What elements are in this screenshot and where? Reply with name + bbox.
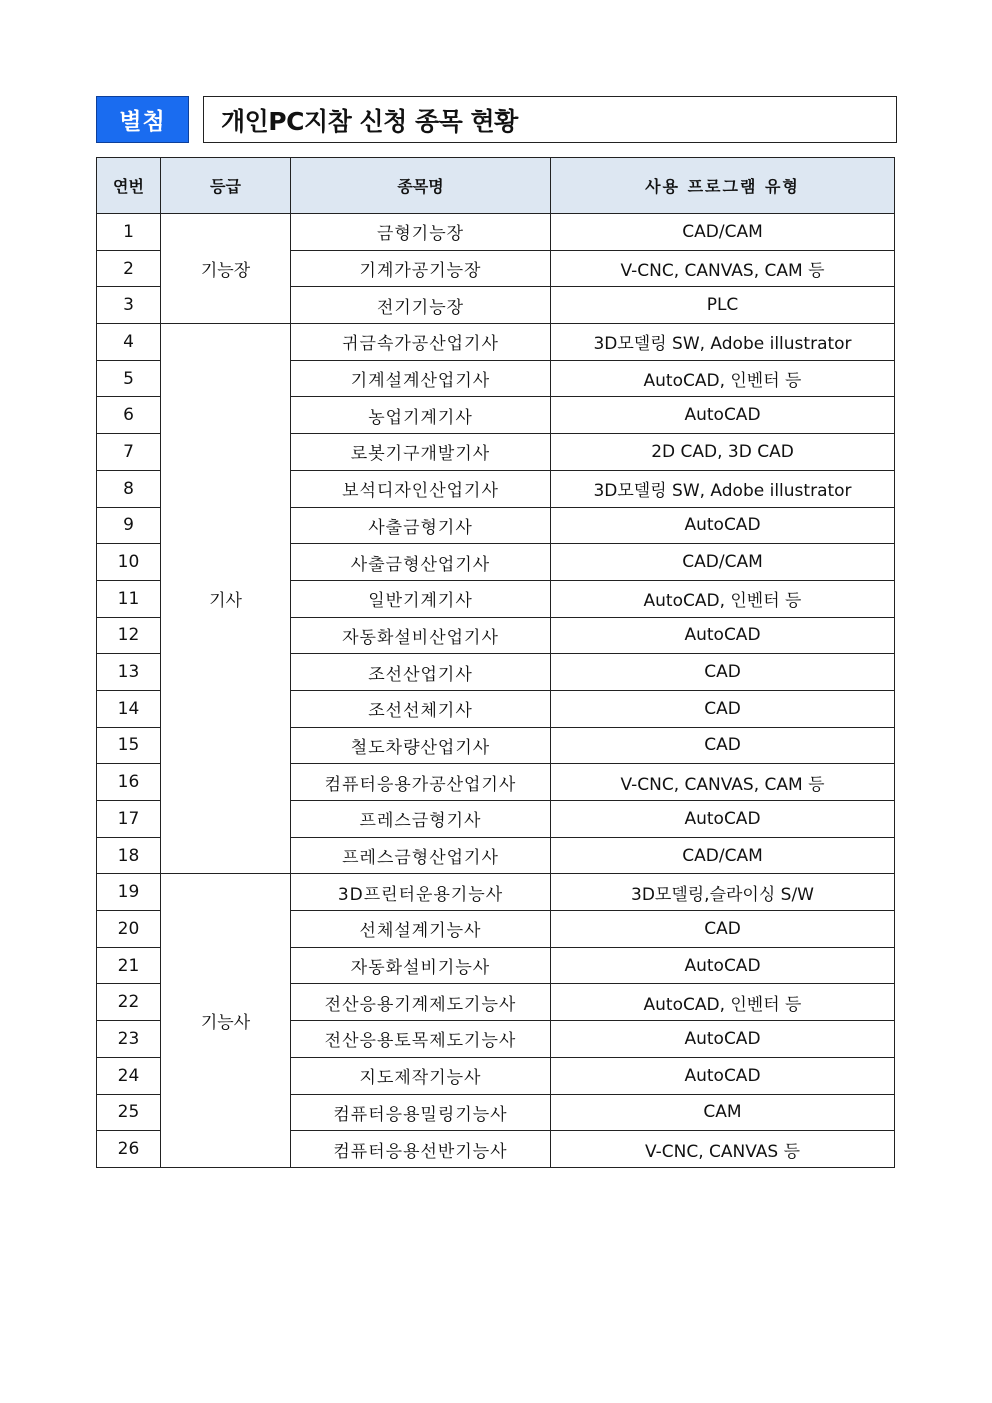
table-row: 4 기사 귀금속가공산업기사 3D모델링 SW, Adobe illustrat… [97, 324, 895, 361]
subject-name: 자동화설비기능사 [291, 947, 551, 984]
program-type: CAM [551, 1094, 895, 1131]
program-type: 2D CAD, 3D CAD [551, 434, 895, 471]
program-type: AutoCAD, 인벤터 등 [551, 360, 895, 397]
row-no: 17 [97, 801, 161, 838]
program-type: AutoCAD [551, 617, 895, 654]
row-no: 11 [97, 580, 161, 617]
row-no: 10 [97, 544, 161, 581]
header-program: 사용 프로그램 유형 [551, 158, 895, 214]
subject-name: 3D프린터운용기능사 [291, 874, 551, 911]
row-no: 18 [97, 837, 161, 874]
row-no: 8 [97, 470, 161, 507]
program-type: 3D모델링,슬라이싱 S/W [551, 874, 895, 911]
program-type: AutoCAD [551, 801, 895, 838]
table-row: 1 기능장 금형기능장 CAD/CAM [97, 214, 895, 251]
row-no: 5 [97, 360, 161, 397]
row-no: 13 [97, 654, 161, 691]
program-type: V-CNC, CANVAS 등 [551, 1131, 895, 1168]
row-no: 14 [97, 690, 161, 727]
program-type: AutoCAD, 인벤터 등 [551, 580, 895, 617]
attachment-badge: 별첨 [96, 96, 189, 143]
grade-cell: 기능장 [161, 214, 291, 324]
row-no: 16 [97, 764, 161, 801]
subject-name: 컴퓨터응용선반기능사 [291, 1131, 551, 1168]
table-body: 1 기능장 금형기능장 CAD/CAM 2 기계가공기능장 V-CNC, CAN… [97, 214, 895, 1168]
row-no: 2 [97, 250, 161, 287]
subject-name: 전기기능장 [291, 287, 551, 324]
row-no: 25 [97, 1094, 161, 1131]
subject-name: 전산응용기계제도기능사 [291, 984, 551, 1021]
header-program-label: 사용 프로그램 유형 [645, 177, 800, 196]
subject-name: 조선산업기사 [291, 654, 551, 691]
program-type: V-CNC, CANVAS, CAM 등 [551, 250, 895, 287]
subject-name: 프레스금형산업기사 [291, 837, 551, 874]
subject-name: 귀금속가공산업기사 [291, 324, 551, 361]
subject-name: 전산응용토목제도기능사 [291, 1021, 551, 1058]
grade-cell: 기사 [161, 324, 291, 874]
row-no: 12 [97, 617, 161, 654]
row-no: 4 [97, 324, 161, 361]
subject-name: 금형기능장 [291, 214, 551, 251]
subject-table: 연번 등급 종목명 사용 프로그램 유형 1 기능장 금형기능장 CAD/CAM… [96, 157, 895, 1168]
program-type: V-CNC, CANVAS, CAM 등 [551, 764, 895, 801]
header-grade: 등급 [161, 158, 291, 214]
subject-name: 프레스금형기사 [291, 801, 551, 838]
program-type: CAD [551, 690, 895, 727]
program-type: AutoCAD [551, 1021, 895, 1058]
subject-name: 로봇기구개발기사 [291, 434, 551, 471]
program-type: PLC [551, 287, 895, 324]
program-type: CAD/CAM [551, 837, 895, 874]
title-bar: 별첨 개인PC지참 신청 종목 현황 [96, 96, 897, 143]
program-type: 3D모델링 SW, Adobe illustrator [551, 470, 895, 507]
subject-name: 사출금형산업기사 [291, 544, 551, 581]
row-no: 21 [97, 947, 161, 984]
row-no: 6 [97, 397, 161, 434]
subject-name: 사출금형기사 [291, 507, 551, 544]
subject-name: 일반기계기사 [291, 580, 551, 617]
subject-name: 지도제작기능사 [291, 1057, 551, 1094]
subject-name: 기계설계산업기사 [291, 360, 551, 397]
program-type: CAD/CAM [551, 544, 895, 581]
row-no: 20 [97, 911, 161, 948]
subject-name: 보석디자인산업기사 [291, 470, 551, 507]
row-no: 9 [97, 507, 161, 544]
row-no: 7 [97, 434, 161, 471]
program-type: AutoCAD [551, 1057, 895, 1094]
row-no: 19 [97, 874, 161, 911]
row-no: 15 [97, 727, 161, 764]
subject-name: 자동화설비산업기사 [291, 617, 551, 654]
subject-name: 철도차량산업기사 [291, 727, 551, 764]
subject-name: 컴퓨터응용밀링기능사 [291, 1094, 551, 1131]
header-name: 종목명 [291, 158, 551, 214]
row-no: 3 [97, 287, 161, 324]
program-type: AutoCAD [551, 397, 895, 434]
program-type: CAD [551, 727, 895, 764]
grade-cell: 기능사 [161, 874, 291, 1168]
program-type: CAD/CAM [551, 214, 895, 251]
row-no: 23 [97, 1021, 161, 1058]
program-type: AutoCAD [551, 947, 895, 984]
row-no: 26 [97, 1131, 161, 1168]
subject-name: 농업기계기사 [291, 397, 551, 434]
row-no: 22 [97, 984, 161, 1021]
header-no: 연번 [97, 158, 161, 214]
subject-name: 조선선체기사 [291, 690, 551, 727]
program-type: 3D모델링 SW, Adobe illustrator [551, 324, 895, 361]
subject-name: 컴퓨터응용가공산업기사 [291, 764, 551, 801]
program-type: AutoCAD, 인벤터 등 [551, 984, 895, 1021]
program-type: CAD [551, 654, 895, 691]
row-no: 1 [97, 214, 161, 251]
row-no: 24 [97, 1057, 161, 1094]
table-header-row: 연번 등급 종목명 사용 프로그램 유형 [97, 158, 895, 214]
subject-name: 선체설계기능사 [291, 911, 551, 948]
program-type: CAD [551, 911, 895, 948]
subject-name: 기계가공기능장 [291, 250, 551, 287]
table-row: 19 기능사 3D프린터운용기능사 3D모델링,슬라이싱 S/W [97, 874, 895, 911]
page-title: 개인PC지참 신청 종목 현황 [203, 96, 897, 143]
program-type: AutoCAD [551, 507, 895, 544]
